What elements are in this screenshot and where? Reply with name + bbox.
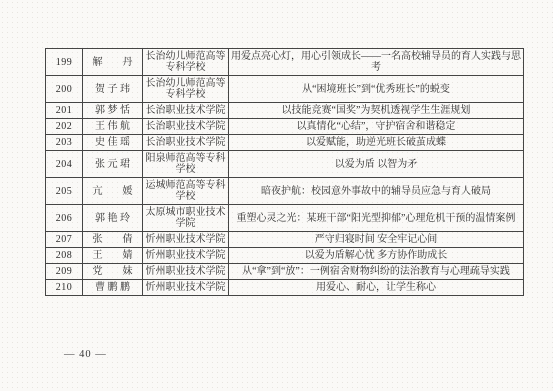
table-row: 203 史 佳 瑶 长治职业技术学院 以爱赋能，助逆光班长破茧成蝶: [46, 135, 524, 151]
table-row: 208 王 婧 忻州职业技术学院 以爱为盾解心忧 多方协作助成长: [46, 248, 524, 264]
name-cell: 郭 梦 恬: [83, 103, 143, 119]
row-number-cell: 202: [46, 119, 83, 135]
name-cell: 解 丹: [83, 49, 143, 76]
title-cell: 以真情化“心结”，守护宿舍和谐稳定: [229, 119, 524, 135]
name-cell: 郭 艳 玲: [83, 205, 143, 232]
title-cell: 重塑心灵之光：某班干部“阳光型抑郁”心理危机干预的温情案例: [229, 205, 524, 232]
name-cell: 王 婧: [83, 248, 143, 264]
name-cell: 张 元 珺: [83, 151, 143, 178]
name-cell: 王 伟 航: [83, 119, 143, 135]
title-cell: 暗夜护航：校园意外事故中的辅导员应急与育人破局: [229, 178, 524, 205]
row-number-cell: 205: [46, 178, 83, 205]
row-number-cell: 206: [46, 205, 83, 232]
title-cell: 用爱点亮心灯，用心引领成长——一名高校辅导员的育人实践与思考: [229, 49, 524, 76]
table-row: 199 解 丹 长治幼儿师范高等专科学校 用爱点亮心灯，用心引领成长——一名高校…: [46, 49, 524, 76]
title-cell: 以爱为盾解心忧 多方协作助成长: [229, 248, 524, 264]
table-row: 206 郭 艳 玲 太原城市职业技术学院 重塑心灵之光：某班干部“阳光型抑郁”心…: [46, 205, 524, 232]
institution-cell: 长治职业技术学院: [143, 119, 229, 135]
row-number-cell: 207: [46, 232, 83, 248]
table-row: 202 王 伟 航 长治职业技术学院 以真情化“心结”，守护宿舍和谐稳定: [46, 119, 524, 135]
row-number-cell: 203: [46, 135, 83, 151]
institution-cell: 长治幼儿师范高等专科学校: [143, 76, 229, 103]
name-cell: 张 倩: [83, 232, 143, 248]
row-number-cell: 200: [46, 76, 83, 103]
name-cell: 史 佳 瑶: [83, 135, 143, 151]
row-number-cell: 209: [46, 264, 83, 280]
name-cell: 亢 媛: [83, 178, 143, 205]
name-cell: 党 妹: [83, 264, 143, 280]
table-row: 210 曹 鹏 鹏 忻州职业技术学院 用爱心、耐心，让学生称心: [46, 280, 524, 296]
row-number-cell: 204: [46, 151, 83, 178]
table-row: 204 张 元 珺 阳泉师范高等专科学校 以爱为盾 以智为矛: [46, 151, 524, 178]
title-cell: 严守归寝时间 安全牢记心间: [229, 232, 524, 248]
institution-cell: 长治幼儿师范高等专科学校: [143, 49, 229, 76]
row-number-cell: 201: [46, 103, 83, 119]
institution-cell: 忻州职业技术学院: [143, 232, 229, 248]
title-cell: 以爱赋能，助逆光班长破茧成蝶: [229, 135, 524, 151]
awards-table: 199 解 丹 长治幼儿师范高等专科学校 用爱点亮心灯，用心引领成长——一名高校…: [45, 48, 524, 296]
title-cell: 以爱为盾 以智为矛: [229, 151, 524, 178]
table-row: 200 贺 子 玮 长治幼儿师范高等专科学校 从“困境班长”到“优秀班长”的蜕变: [46, 76, 524, 103]
institution-cell: 太原城市职业技术学院: [143, 205, 229, 232]
title-cell: 从“困境班长”到“优秀班长”的蜕变: [229, 76, 524, 103]
institution-cell: 运城师范高等专科学校: [143, 178, 229, 205]
institution-cell: 长治职业技术学院: [143, 135, 229, 151]
table-row: 207 张 倩 忻州职业技术学院 严守归寝时间 安全牢记心间: [46, 232, 524, 248]
title-cell: 用爱心、耐心，让学生称心: [229, 280, 524, 296]
table-row: 201 郭 梦 恬 长治职业技术学院 以技能竞赛“国奖”为契机透视学生生涯规划: [46, 103, 524, 119]
row-number-cell: 199: [46, 49, 83, 76]
table-row: 205 亢 媛 运城师范高等专科学校 暗夜护航：校园意外事故中的辅导员应急与育人…: [46, 178, 524, 205]
institution-cell: 忻州职业技术学院: [143, 280, 229, 296]
page-number: — 40 —: [64, 349, 107, 360]
row-number-cell: 208: [46, 248, 83, 264]
title-cell: 以技能竞赛“国奖”为契机透视学生生涯规划: [229, 103, 524, 119]
institution-cell: 长治职业技术学院: [143, 103, 229, 119]
row-number-cell: 210: [46, 280, 83, 296]
institution-cell: 忻州职业技术学院: [143, 264, 229, 280]
institution-cell: 阳泉师范高等专科学校: [143, 151, 229, 178]
institution-cell: 忻州职业技术学院: [143, 248, 229, 264]
name-cell: 贺 子 玮: [83, 76, 143, 103]
title-cell: 从“拿”到“放”：一例宿舍财物纠纷的法治教育与心理疏导实践: [229, 264, 524, 280]
table-row: 209 党 妹 忻州职业技术学院 从“拿”到“放”：一例宿舍财物纠纷的法治教育与…: [46, 264, 524, 280]
document-page: 199 解 丹 长治幼儿师范高等专科学校 用爱点亮心灯，用心引领成长——一名高校…: [0, 0, 553, 391]
name-cell: 曹 鹏 鹏: [83, 280, 143, 296]
